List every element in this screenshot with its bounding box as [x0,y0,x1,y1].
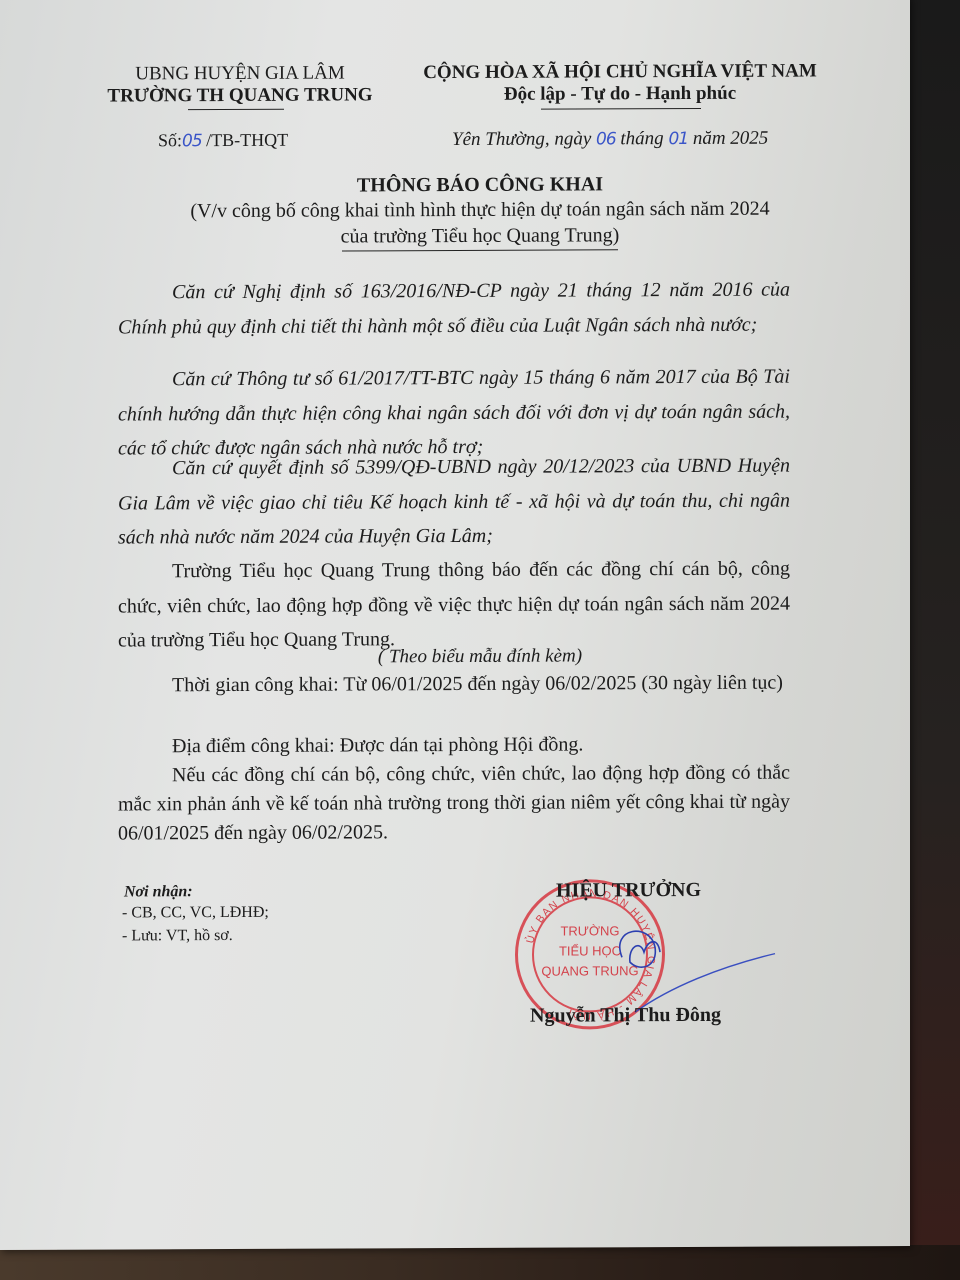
paper-sheet: UBNG HUYỆN GIA LÂM TRƯỜNG TH QUANG TRUNG… [0,0,910,1250]
header-left-underline [188,109,284,110]
publication-period: Thời gian công khai: Từ 06/01/2025 đến n… [118,667,790,702]
agency-name: UBNG HUYỆN GIA LÂM [115,62,365,85]
signer-title: HIỆU TRƯỞNG [556,879,701,903]
number-prefix: Số: [158,130,182,150]
school-name: TRƯỜNG TH QUANG TRUNG [90,84,390,107]
header-right-underline [541,108,701,110]
paragraph-announcement: Trường Tiểu học Quang Trung thông báo đế… [118,552,790,658]
date-prefix: Yên Thường, ngày [452,128,591,150]
paragraph-legal-basis-3: Căn cứ quyết định số 5399/QĐ-UBND ngày 2… [118,449,790,555]
publication-location: Địa điểm công khai: Được dán tại phòng H… [118,729,790,762]
number-handwritten: 05 [182,131,202,151]
document-title: THÔNG BÁO CÔNG KHAI [140,172,820,198]
document-subtitle-1: (V/v công bố công khai tình hình thực hi… [140,197,820,223]
signer-name: Nguyễn Thị Thu Đông [530,1004,721,1028]
date-year: năm 2025 [693,128,768,149]
date-day: 06 [596,129,616,149]
recipient-item: - CB, CC, VC, LĐHĐ; [122,904,269,923]
national-title: CỘNG HÒA XÃ HỘI CHỦ NGHĨA VIỆT NAM [410,60,830,84]
document-subtitle-2: của trường Tiểu học Quang Trung) [140,223,820,249]
recipients-label: Nơi nhận: [124,883,193,901]
paragraph-legal-basis-1: Căn cứ Nghị định số 163/2016/NĐ-CP ngày … [118,273,790,345]
background-table [0,1245,960,1280]
document-number: Số:05 /TB-THQT [158,130,288,152]
national-motto: Độc lập - Tự do - Hạnh phúc [410,82,830,106]
date-month-label: tháng [620,128,663,149]
title-underline [342,249,618,251]
document-date: Yên Thường, ngày 06 tháng 01 năm 2025 [452,128,768,151]
attachment-note: ( Theo biểu mẫu đính kèm) [140,644,820,669]
number-suffix: /TB-THQT [206,130,288,150]
date-month: 01 [668,129,688,149]
contact-note: Nếu các đồng chí cán bộ, công chức, viên… [118,759,790,849]
recipient-item: - Lưu: VT, hồ sơ. [122,927,233,945]
